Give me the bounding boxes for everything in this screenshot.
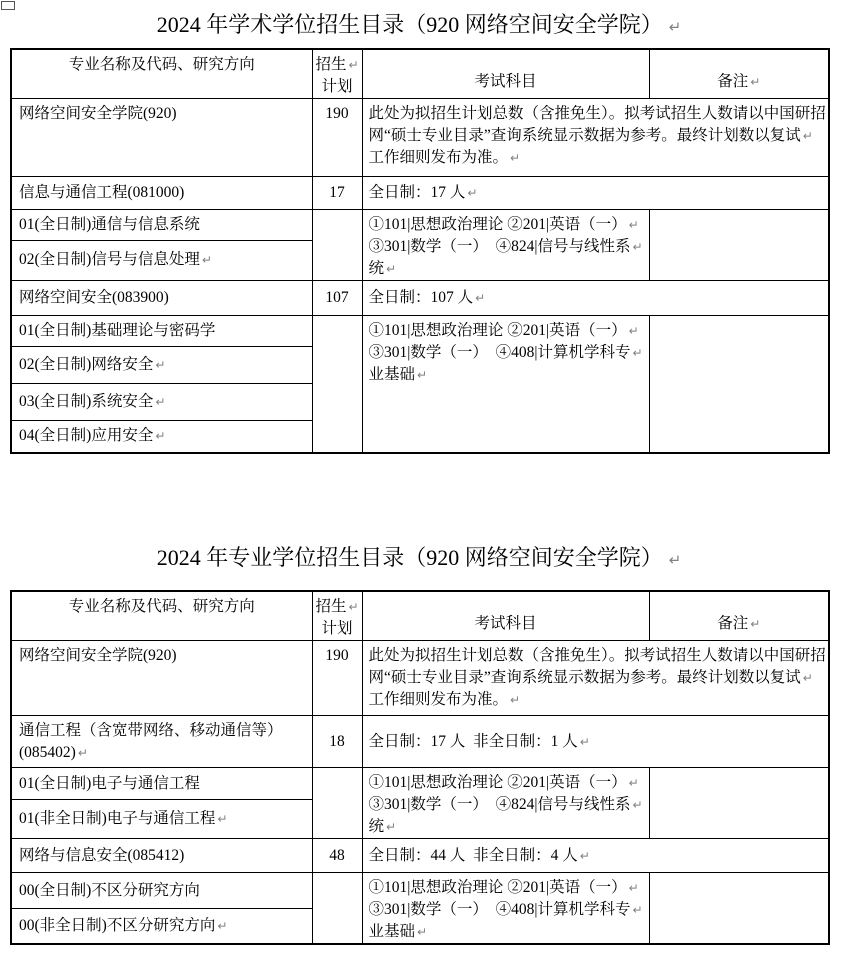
cell-plan-empty xyxy=(312,873,362,945)
line-break-mark-icon: ↵ xyxy=(627,881,639,895)
cell-college-plan: 190 xyxy=(312,99,362,177)
paragraph-mark-icon: ↵ xyxy=(465,186,477,200)
paragraph-mark-icon: ↵ xyxy=(748,617,760,631)
cell-direction: 02(全日制)网络安全↵ xyxy=(11,347,312,384)
cell-direction: 01(全日制)通信与信息系统 xyxy=(11,210,312,241)
cell-major-plan: 48 xyxy=(312,839,362,873)
college-total-row: 网络空间安全学院(920) 190 此处为拟招生计划总数（含推免生）。拟考试招生… xyxy=(11,641,829,716)
paragraph-mark-icon: ↵ xyxy=(415,368,427,382)
col-header-exam-subjects: 考试科目 xyxy=(362,49,649,99)
paragraph-mark-icon: ↵ xyxy=(508,693,520,707)
col-header-program: 专业名称及代码、研究方向 xyxy=(11,49,312,99)
line-break-mark-icon: ↵ xyxy=(346,600,358,614)
paragraph-mark-icon: ↵ xyxy=(215,812,227,826)
academic-catalog-table: 专业名称及代码、研究方向 招生↵ 计划 考试科目 备注↵ 网络空间安全学院(92… xyxy=(10,48,830,454)
professional-catalog-table: 专业名称及代码、研究方向 招生↵ 计划 考试科目 备注↵ 网络空间安全学院(92… xyxy=(10,590,830,945)
direction-row: 01(全日制)基础理论与密码学 ①101|思想政治理论 ②201|英语（一）↵ … xyxy=(11,316,829,347)
title-text: 2024 年学术学位招生目录（920 网络空间安全学院） xyxy=(157,12,663,37)
paragraph-mark-icon: ↵ xyxy=(153,395,165,409)
line-break-mark-icon: ↵ xyxy=(346,58,358,72)
table-header-row: 专业名称及代码、研究方向 招生↵ 计划 考试科目 备注↵ xyxy=(11,49,829,99)
cell-major-quota: 全日制：107 人↵ xyxy=(362,281,829,316)
cell-major-plan: 17 xyxy=(312,177,362,210)
direction-row: 01(全日制)电子与通信工程 ①101|思想政治理论 ②201|英语（一）↵ ③… xyxy=(11,768,829,800)
cell-major-quota: 全日制：17 人↵ xyxy=(362,177,829,210)
major-row: 网络空间安全(083900) 107 全日制：107 人↵ xyxy=(11,281,829,316)
paragraph-mark-icon: ↵ xyxy=(473,291,485,305)
cell-remark-empty xyxy=(649,768,829,839)
paragraph-mark-icon: ↵ xyxy=(415,925,427,939)
line-break-mark-icon: ↵ xyxy=(630,240,642,254)
cell-remark-empty xyxy=(649,873,829,945)
major-row: 通信工程（含宽带网络、移动通信等） (085402)↵ 18 全日制：17 人 … xyxy=(11,716,829,768)
paragraph-mark-icon: ↵ xyxy=(384,262,396,276)
cell-exam-subjects: ①101|思想政治理论 ②201|英语（一）↵ ③301|数学（一） ④824|… xyxy=(362,768,649,839)
object-anchor-box xyxy=(1,1,15,10)
cell-plan-note: 此处为拟招生计划总数（含推免生）。拟考试招生人数请以中国研招↵ 网“硕士专业目录… xyxy=(362,99,829,177)
paragraph-mark-icon: ↵ xyxy=(153,429,165,443)
cell-college-plan: 190 xyxy=(312,641,362,716)
direction-row: 00(全日制)不区分研究方向 ①101|思想政治理论 ②201|英语（一）↵ ③… xyxy=(11,873,829,909)
cell-college-name: 网络空间安全学院(920) xyxy=(11,99,312,177)
cell-major-plan: 107 xyxy=(312,281,362,316)
major-row: 信息与通信工程(081000) 17 全日制：17 人↵ xyxy=(11,177,829,210)
direction-row: 01(全日制)通信与信息系统 ①101|思想政治理论 ②201|英语（一）↵ ③… xyxy=(11,210,829,241)
title-text: 2024 年专业学位招生目录（920 网络空间安全学院） xyxy=(157,545,663,570)
cell-college-name: 网络空间安全学院(920) xyxy=(11,641,312,716)
cell-direction: 01(全日制)基础理论与密码学 xyxy=(11,316,312,347)
col-header-plan: 招生↵ 计划 xyxy=(312,49,362,99)
line-break-mark-icon: ↵ xyxy=(630,798,642,812)
col-header-remarks: 备注↵ xyxy=(649,591,829,641)
paragraph-mark-icon: ↵ xyxy=(153,358,165,372)
line-break-mark-icon: ↵ xyxy=(801,129,813,143)
cell-direction: 03(全日制)系统安全↵ xyxy=(11,384,312,421)
line-break-mark-icon: ↵ xyxy=(826,649,829,663)
paragraph-mark-icon: ↵ xyxy=(215,919,227,933)
academic-catalog-title: 2024 年学术学位招生目录（920 网络空间安全学院）↵ xyxy=(10,12,828,40)
paragraph-mark-icon: ↵ xyxy=(748,75,760,89)
line-break-mark-icon: ↵ xyxy=(627,776,639,790)
cell-direction: 00(非全日制)不区分研究方向↵ xyxy=(11,909,312,944)
cell-major-name: 信息与通信工程(081000) xyxy=(11,177,312,210)
paragraph-mark-icon: ↵ xyxy=(76,746,88,760)
line-break-mark-icon: ↵ xyxy=(627,218,639,232)
cell-plan-note: 此处为拟招生计划总数（含推免生）。拟考试招生人数请以中国研招↵ 网“硕士专业目录… xyxy=(362,641,829,716)
cell-major-quota: 全日制：17 人 非全日制：1 人↵ xyxy=(362,716,829,768)
cell-exam-subjects: ①101|思想政治理论 ②201|英语（一）↵ ③301|数学（一） ④824|… xyxy=(362,210,649,281)
paragraph-mark-icon: ↵ xyxy=(384,820,396,834)
paragraph-mark-icon: ↵ xyxy=(200,253,212,267)
col-header-plan: 招生↵ 计划 xyxy=(312,591,362,641)
col-header-remarks: 备注↵ xyxy=(649,49,829,99)
line-break-mark-icon: ↵ xyxy=(630,346,642,360)
cell-remark-empty xyxy=(649,316,829,453)
line-break-mark-icon: ↵ xyxy=(630,903,642,917)
cell-plan-empty xyxy=(312,768,362,839)
col-header-exam-subjects: 考试科目 xyxy=(362,591,649,641)
cell-direction: 01(全日制)电子与通信工程 xyxy=(11,768,312,800)
major-row: 网络与信息安全(085412) 48 全日制：44 人 非全日制：4 人↵ xyxy=(11,839,829,873)
cell-major-quota: 全日制：44 人 非全日制：4 人↵ xyxy=(362,839,829,873)
line-break-mark-icon: ↵ xyxy=(826,107,829,121)
paragraph-mark-icon: ↵ xyxy=(663,18,682,36)
cell-major-plan: 18 xyxy=(312,716,362,768)
cell-direction: 01(非全日制)电子与通信工程↵ xyxy=(11,800,312,839)
cell-remark-empty xyxy=(649,210,829,281)
cell-major-name: 网络空间安全(083900) xyxy=(11,281,312,316)
col-header-program: 专业名称及代码、研究方向 xyxy=(11,591,312,641)
professional-catalog-title: 2024 年专业学位招生目录（920 网络空间安全学院）↵ xyxy=(10,545,828,573)
line-break-mark-icon: ↵ xyxy=(801,671,813,685)
cell-plan-empty xyxy=(312,316,362,453)
college-total-row: 网络空间安全学院(920) 190 此处为拟招生计划总数（含推免生）。拟考试招生… xyxy=(11,99,829,177)
cell-direction: 00(全日制)不区分研究方向 xyxy=(11,873,312,909)
line-break-mark-icon: ↵ xyxy=(627,324,639,338)
cell-major-name: 通信工程（含宽带网络、移动通信等） (085402)↵ xyxy=(11,716,312,768)
cell-exam-subjects: ①101|思想政治理论 ②201|英语（一）↵ ③301|数学（一） ④408|… xyxy=(362,873,649,945)
paragraph-mark-icon: ↵ xyxy=(578,849,590,863)
paragraph-mark-icon: ↵ xyxy=(508,151,520,165)
cell-direction: 04(全日制)应用安全↵ xyxy=(11,421,312,453)
paragraph-mark-icon: ↵ xyxy=(663,551,682,569)
cell-plan-empty xyxy=(312,210,362,281)
cell-direction: 02(全日制)信号与信息处理↵ xyxy=(11,240,312,280)
table-header-row: 专业名称及代码、研究方向 招生↵ 计划 考试科目 备注↵ xyxy=(11,591,829,641)
cell-major-name: 网络与信息安全(085412) xyxy=(11,839,312,873)
cell-exam-subjects: ①101|思想政治理论 ②201|英语（一）↵ ③301|数学（一） ④408|… xyxy=(362,316,649,453)
paragraph-mark-icon: ↵ xyxy=(578,735,590,749)
